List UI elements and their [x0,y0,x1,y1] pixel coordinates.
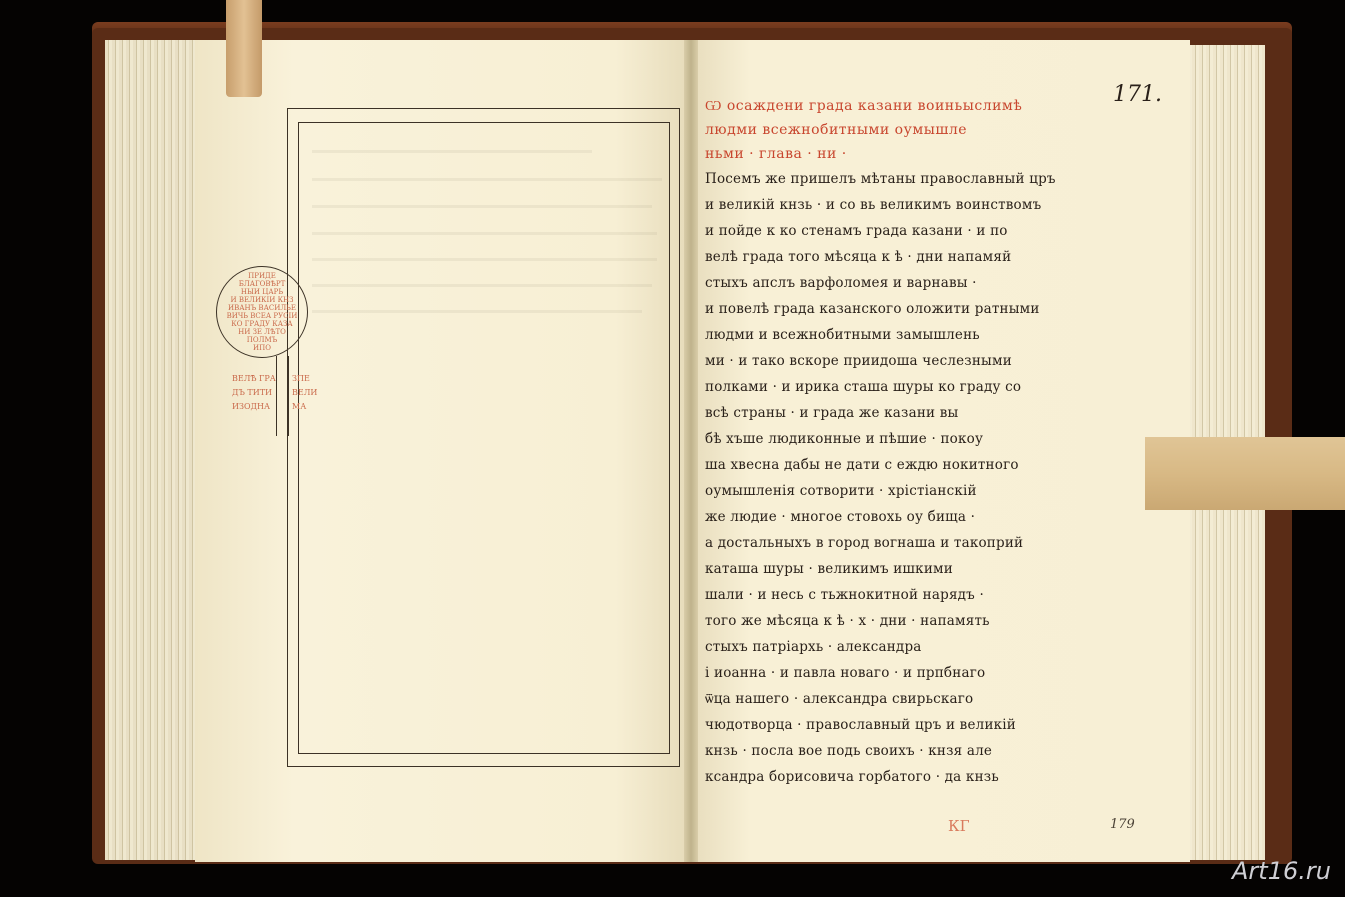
watermark: Art16.ru [1232,857,1331,885]
marginal-note-circle: ПРИДЕ БЛАГОВѢРТ НЫИ ЦАРЬ И ВЕЛИКІИ КНЗ И… [216,266,308,358]
manuscript-line: ѿца нашего · александра свирьскаго [705,686,1100,712]
manuscript-line: чюдотворца · православный цръ и великій [705,712,1100,738]
bleed-through-line [312,284,652,287]
manuscript-line: кнзь · посла вое подь своихъ · кнзя але [705,738,1100,764]
pencil-page-number: 179 [1110,817,1135,832]
manuscript-line: ксандра борисовича горбатого · да кнзь [705,764,1100,790]
manuscript-line: і иоанна · и павла новаго · и прпбнаго [705,660,1100,686]
bleed-through-line [312,310,642,313]
manuscript-line: того же мѣсяца к ѣ · х · дни · напамять [705,608,1100,634]
manuscript-line: шали · и несь с тьжнокитной нарядъ · [705,582,1100,608]
bleed-through-line [312,205,652,208]
manuscript-line: и великій кнзь · и со вь великимъ воинст… [705,192,1100,218]
page-frame-inner [298,122,670,754]
manuscript-line: а достальныхъ в город вогнаша и такоприй [705,530,1100,556]
manuscript-line: ми · и тако вскоре приидоша чеслезными [705,348,1100,374]
manuscript-line: бѣ хъше людиконные и пѣшие · покоу [705,426,1100,452]
bleed-through-line [312,258,657,261]
marginal-column-left: ВЕЛѢ ГРА ДЪ ТИТИ ИЗОДНА [232,372,276,414]
manuscript-line: же людие · многое стовохь оу бища · [705,504,1100,530]
folio-number: 171. [1113,82,1162,107]
manuscript-line: велѣ града того мѣсяца к ѣ · дни напамяй [705,244,1100,270]
manuscript-line: оумышленія сотворити · хрістіанскій [705,478,1100,504]
bleed-through-line [312,150,592,153]
wooden-bookmark-right [1145,437,1345,510]
quire-signature: КГ [948,817,970,835]
rubric-line: Ѡ осаждени града казани воиньыслимѣ [705,94,1100,118]
manuscript-line: стыхъ апслъ варфоломея и варнавы · [705,270,1100,296]
manuscript-line: всѣ страны · и града же казани вы [705,400,1100,426]
marginal-divider [288,356,289,436]
manuscript-line: полками · и ирика сташа шуры ко граду со [705,374,1100,400]
left-page-block-edge [105,40,200,860]
manuscript-line: стыхъ патріархь · александра [705,634,1100,660]
manuscript-line: Посемъ же пришелъ мѣтаны православный цр… [705,166,1100,192]
wooden-bookmark-top [226,0,262,97]
rubric-line: людми всежнобитными оумышле [705,118,1100,142]
rubric-heading: Ѡ осаждени града казани воиньыслимѣлюдми… [705,94,1100,166]
manuscript-line: и пойде к ко стенамъ града казани · и по [705,218,1100,244]
manuscript-text: Ѡ осаждени града казани воиньыслимѣлюдми… [705,94,1100,790]
manuscript-body: Посемъ же пришелъ мѣтаны православный цр… [705,166,1100,790]
manuscript-line: и повелѣ града казанского оложити ратным… [705,296,1100,322]
marginal-column-right: ЗПЕ ВЕЛИ МА [292,372,317,414]
book-gutter [684,40,698,862]
manuscript-line: каташа шуры · великимъ ишкими [705,556,1100,582]
manuscript-line: людми и всежнобитными замышлень [705,322,1100,348]
marginal-note-text: ПРИДЕ БЛАГОВѢРТ НЫИ ЦАРЬ И ВЕЛИКІИ КНЗ И… [224,272,300,352]
marginal-divider [276,356,277,436]
manuscript-line: ша хвесна дабы не дати с еждю нокитного [705,452,1100,478]
bleed-through-line [312,232,657,235]
bleed-through-line [312,178,662,181]
rubric-line: ньми · глава · ни · [705,142,1100,166]
